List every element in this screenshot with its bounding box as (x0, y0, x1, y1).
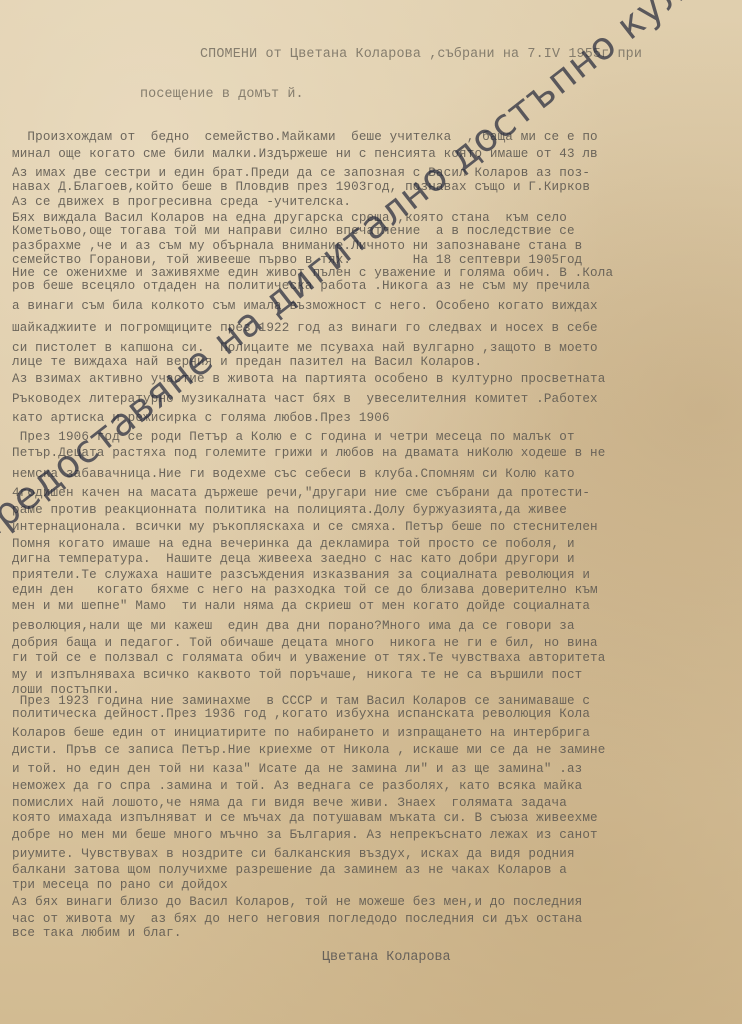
text-line: През 1906 год се роди Петър а Колю е с г… (12, 430, 575, 444)
text-line: Коларов беше един от инициатирите по наб… (12, 726, 590, 740)
text-line: а винаги съм била колкото съм имала възм… (12, 299, 598, 313)
text-line: приятели.Те служаха нашите разсъждения и… (12, 568, 590, 582)
text-line: риумите. Чувствувах в ноздрите си балкан… (12, 847, 575, 861)
document-page: СПОМЕНИ от Цветана Коларова ,събрани на … (0, 0, 742, 1024)
text-line: Аз взимах активно участие в живота на па… (12, 372, 605, 386)
text-line: навах Д.Благоев,който беше в Пловдив пре… (12, 180, 590, 194)
text-line: му и изпълняваха всичко каквото той поръ… (12, 668, 582, 682)
text-line: Аз бях винаги близо до Васил Коларов, то… (12, 895, 582, 909)
text-line: Кометьово,още тогава той ми направи силн… (12, 224, 575, 238)
text-line: шайкаджиите и погромщиците през 1922 год… (12, 321, 598, 335)
text-line: семейство Горанови, той живееше първо в … (12, 253, 582, 267)
text-line: добре но мен ми беше много мъчно за Бълг… (12, 828, 598, 842)
text-line: си пистолет в капшона си. Полицаите ме п… (12, 341, 598, 355)
text-line: и той. но един ден той ни каза" Исате да… (12, 762, 582, 776)
text-line: разбрахме ,че и аз съм му обърнала внима… (12, 239, 582, 253)
text-line: Бях виждала Васил Коларов на една другар… (12, 211, 567, 225)
text-line: добрия баща и педагог. Той обичаше децат… (12, 636, 598, 650)
text-line: ров беше всецяло отдаден на политическа … (12, 279, 590, 293)
text-line: един ден когато бяхме с него на разходка… (12, 583, 598, 597)
text-line: мен и ми шепне" Мамо ти нали няма да скр… (12, 599, 590, 613)
text-line: политическа дейност.През 1936 год ,когат… (12, 707, 590, 721)
signature: Цветана Коларова (322, 950, 451, 965)
text-line: Аз имах две сестри и един брат.Преди да … (12, 166, 590, 180)
text-line: ги той се е ползвал с голямата обич и ув… (12, 651, 605, 665)
text-line: балкани затова щом получихме разрешение … (12, 863, 567, 877)
text-line: Помня когато имаше на една вечеринка да … (12, 537, 575, 551)
text-line: Петър.Децата растяха под големите грижи … (12, 446, 605, 460)
text-line: дисти. Пръв се записа Петър.Ние криехме … (12, 743, 605, 757)
document-title: СПОМЕНИ от Цветана Коларова ,събрани на … (200, 48, 642, 62)
document-subtitle: посещение в домът й. (140, 88, 304, 102)
text-line: дигна температура. Нашите деца живееха з… (12, 552, 575, 566)
text-line: раме против реакционната политика на пол… (12, 503, 567, 517)
text-line: час от живота му аз бях до него неговия … (12, 912, 582, 926)
text-line: неможех да го спра .замина и той. Аз вед… (12, 779, 582, 793)
text-line: Аз се движех в прогресивна среда -учител… (12, 195, 351, 209)
text-line: все така любим и благ. (12, 926, 182, 940)
text-line: три месеца по рано си дойдох (12, 878, 228, 892)
text-line: интернационала. всички му ръкопляскаха и… (12, 520, 598, 534)
text-line: като артиска и режисирка с голяма любов.… (12, 411, 390, 425)
text-line: 4годишен качен на масата държеше речи,"д… (12, 486, 590, 500)
text-line: Произхождам от бедно семейство.Майками б… (12, 130, 598, 144)
text-line: лице те виждаха най верния и предан пази… (12, 355, 482, 369)
text-line: Ръководех литературно музикалната част б… (12, 392, 598, 406)
text-line: помислих най лошото,че няма да ги видя в… (12, 796, 567, 810)
text-line: немска забавачница.Ние ги водехме със се… (12, 467, 575, 481)
text-line: минал още когато сме били малки.Издържеш… (12, 147, 598, 161)
text-line: която имахада изпълняват и се мъчах да п… (12, 811, 598, 825)
text-line: революция,нали ще ми кажеш един два дни … (12, 619, 575, 633)
